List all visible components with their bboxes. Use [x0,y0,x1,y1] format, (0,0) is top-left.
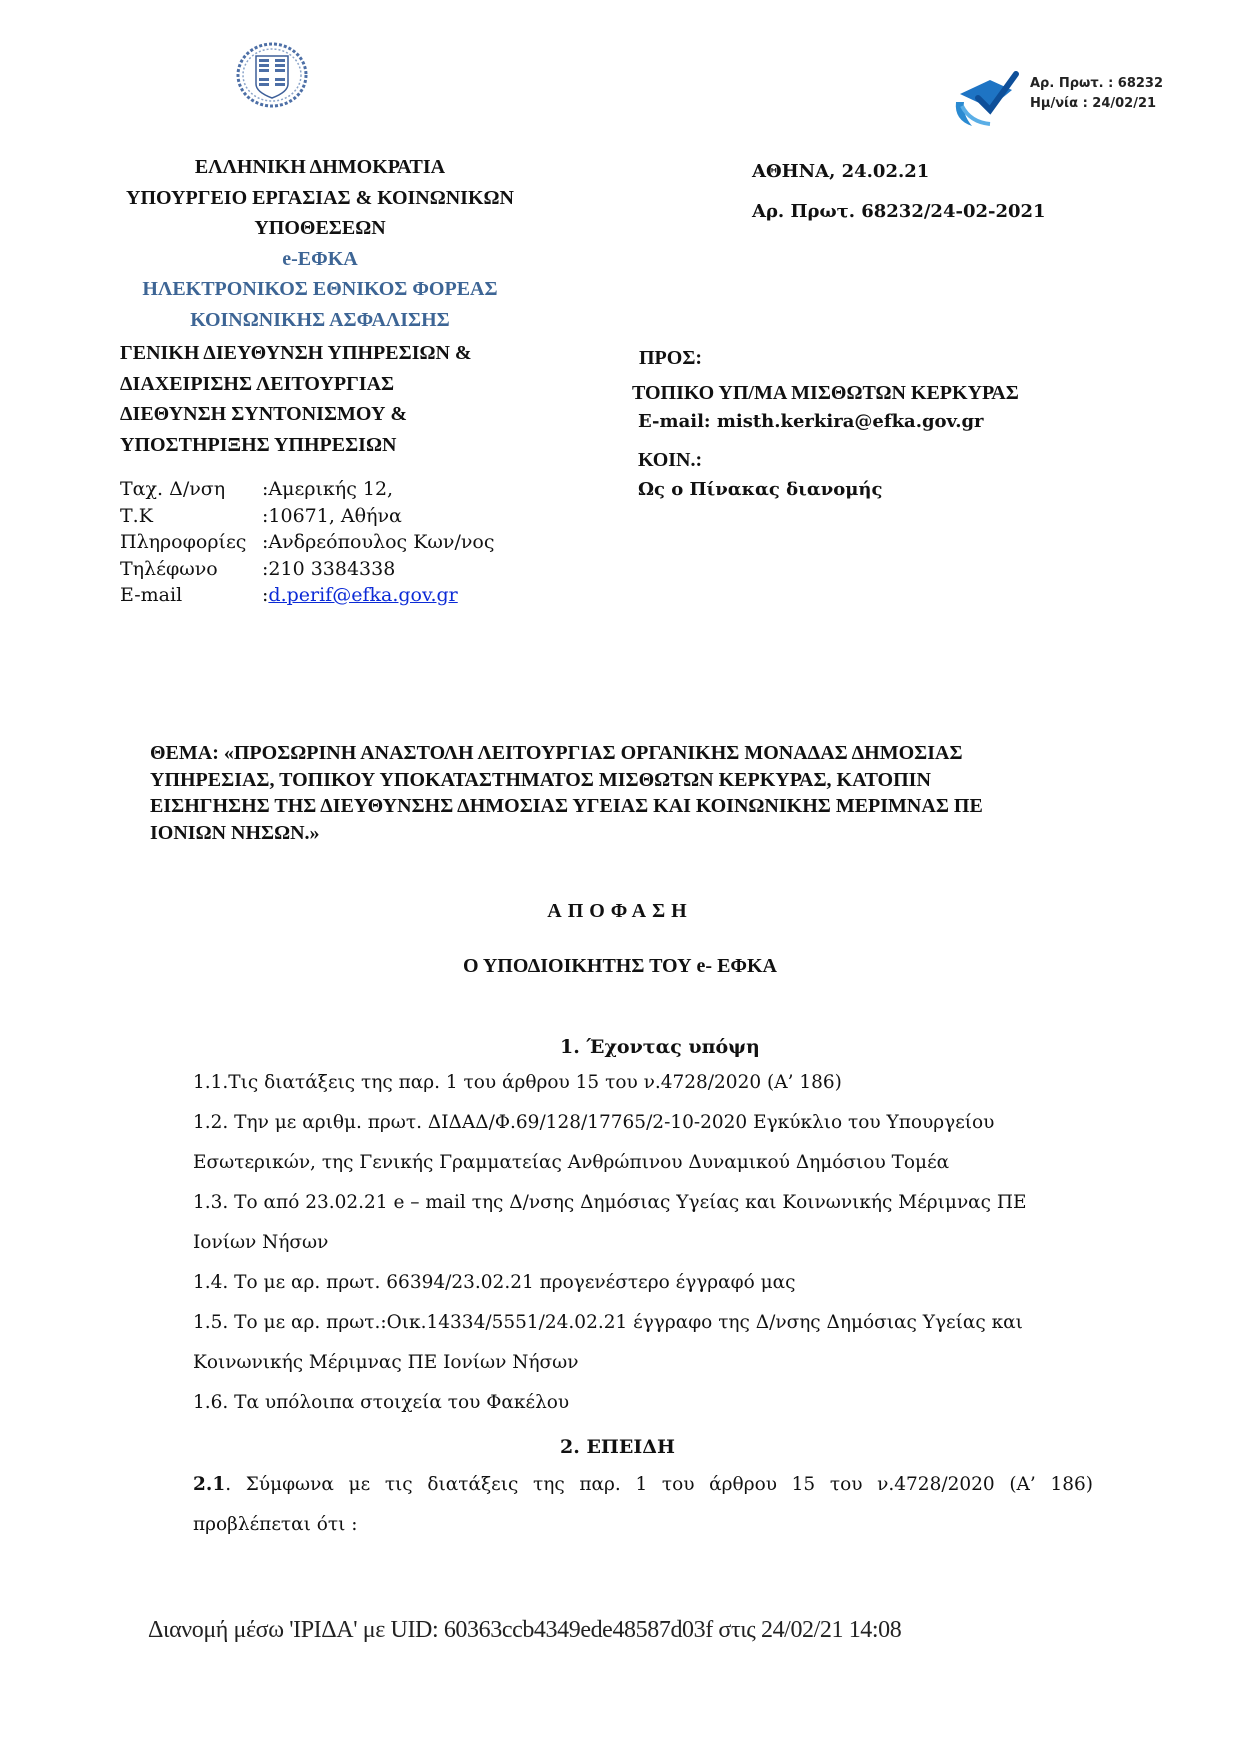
decision-title: ΑΠΟΦΑΣΗ [0,900,1240,923]
section-1-line: 1.1.Τις διατάξεις της παρ. 1 του άρθρου … [193,1072,842,1093]
section-1-title: 1. Έχοντας υπόψη [560,1036,760,1058]
subject-line: ΥΠΗΡΕΣΙΑΣ, ΤΟΠΙΚΟΥ ΥΠΟΚΑΤΑΣΤΗΜΑΤΟΣ ΜΙΣΘΩ… [150,767,1050,794]
department-block: ΓΕΝΙΚΗ ΔΙΕΥΘΥΝΣΗ ΥΠΗΡΕΣΙΩΝ & ΔΙΑΧΕΙΡΙΣΗΣ… [120,338,540,460]
contact-value: :10671, Αθήνα [262,503,402,530]
org-line: ΗΛΕΚΤΡΟΝΙΚΟΣ ΕΘΝΙΚΟΣ ΦΟΡΕΑΣ [110,274,530,305]
subject: ΘΕΜΑ: «ΠΡΟΣΩΡΙΝΗ ΑΝΑΣΤΟΛΗ ΛΕΙΤΟΥΡΓΙΑΣ ΟΡ… [150,740,1050,846]
contact-value: :210 3384338 [262,556,395,583]
iris-logo-icon [950,66,1020,130]
department-line: ΔΙΕΘΥΝΣΗ ΣΥΝΤΟΝΙΣΜΟΥ & [120,399,540,430]
stamp-date: Ημ/νία : 24/02/21 [1030,94,1163,114]
to-label: ΠΡΟΣ: [639,343,1019,373]
greek-state-emblem-icon [234,40,310,110]
contact-label: Τ.Κ [120,503,262,530]
stamp-protocol-number: Αρ. Πρωτ. : 68232 [1030,74,1163,94]
contact-label: Ταχ. Δ/νση [120,476,262,503]
org-line: e-ΕΦΚΑ [110,244,530,275]
org-line: ΚΟΙΝΩΝΙΚΗΣ ΑΣΦΑΛΙΣΗΣ [110,305,530,336]
contact-label: Τηλέφωνο [120,556,262,583]
authority-line: ΥΠΟΘΕΣΕΩΝ [110,213,530,244]
contact-row-email: E-mail :d.perif@efka.gov.gr [120,582,494,609]
section-2-title: 2. ΕΠΕΙΔΗ [560,1436,675,1458]
protocol-number: Αρ. Πρωτ. 68232/24-02-2021 [752,192,1046,232]
subject-line: ΕΙΣΗΓΗΣΗΣ ΤΗΣ ΔΙΕΥΘΥΝΣΗΣ ΔΗΜΟΣΙΑΣ ΥΓΕΙΑΣ… [150,793,1050,820]
contact-label: Πληροφορίες [120,529,262,556]
recipient-block: ΠΡΟΣ: ΤΟΠΙΚΟ ΥΠ/ΜΑ ΜΙΣΘΩΤΩΝ ΚΕΡΚΥΡΑΣ E-m… [632,343,1019,505]
paragraph-number: 2.1 [193,1474,225,1495]
section-1-line: Κοινωνικής Μέριμνας ΠΕ Ιονίων Νήσων [193,1352,579,1373]
cc-label: ΚΟΙΝ.: [638,445,1019,475]
contact-label: E-mail [120,582,262,609]
department-line: ΔΙΑΧΕΙΡΙΣΗΣ ΛΕΙΤΟΥΡΓΙΑΣ [120,369,540,400]
section-1-line: 1.2. Την με αριθμ. πρωτ. ΔΙΔΑΔ/Φ.69/128/… [193,1112,994,1133]
section-2-paragraph: 2.1. Σύμφωνα με τις διατάξεις της παρ. 1… [193,1474,1093,1495]
issuing-authority: ΕΛΛΗΝΙΚΗ ΔΗΜΟΚΡΑΤΙΑ ΥΠΟΥΡΓΕΙΟ ΕΡΓΑΣΙΑΣ &… [110,152,530,335]
contact-details: Ταχ. Δ/νση :Αμερικής 12, Τ.Κ :10671, Αθή… [120,476,494,609]
protocol-stamp: Αρ. Πρωτ. : 68232 Ημ/νία : 24/02/21 [950,66,1180,130]
contact-row-info: Πληροφορίες :Ανδρεόπουλος Κων/νος [120,529,494,556]
section-2-line: προβλέπεται ότι : [193,1514,358,1535]
subject-line: ΙΟΝΙΩΝ ΝΗΣΩΝ.» [150,820,1050,847]
paragraph-text: . Σύμφωνα με τις διατάξεις της παρ. 1 το… [225,1474,1093,1495]
section-1-line: Εσωτερικών, της Γενικής Γραμματείας Ανθρ… [193,1152,949,1173]
department-line: ΓΕΝΙΚΗ ΔΙΕΥΘΥΝΣΗ ΥΠΗΡΕΣΙΩΝ & [120,338,540,369]
section-1-line: Ιονίων Νήσων [193,1232,328,1253]
authority-line: ΕΛΛΗΝΙΚΗ ΔΗΜΟΚΡΑΤΙΑ [110,152,530,183]
contact-email-link[interactable]: d.perif@efka.gov.gr [268,582,457,609]
place-date: ΑΘΗΝΑ, 24.02.21 [752,152,1046,192]
section-1-line: 1.6. Τα υπόλοιπα στοιχεία του Φακέλου [193,1392,569,1413]
section-1-line: 1.4. Το με αρ. πρωτ. 66394/23.02.21 προγ… [193,1272,796,1293]
contact-row-address: Ταχ. Δ/νση :Αμερικής 12, [120,476,494,503]
contact-value: :Ανδρεόπουλος Κων/νος [262,529,494,556]
date-protocol-block: ΑΘΗΝΑ, 24.02.21 Αρ. Πρωτ. 68232/24-02-20… [752,152,1046,232]
contact-row-phone: Τηλέφωνο :210 3384338 [120,556,494,583]
subject-line: ΘΕΜΑ: «ΠΡΟΣΩΡΙΝΗ ΑΝΑΣΤΟΛΗ ΛΕΙΤΟΥΡΓΙΑΣ ΟΡ… [150,740,1050,767]
to-email: E-mail: misth.kerkira@efka.gov.gr [638,407,1019,437]
section-1-line: 1.3. Το από 23.02.21 e – mail της Δ/νσης… [193,1192,1027,1213]
to-name: ΤΟΠΙΚΟ ΥΠ/ΜΑ ΜΙΣΘΩΤΩΝ ΚΕΡΚΥΡΑΣ [632,379,1019,407]
decision-issuer: Ο ΥΠΟΔΙΟΙΚΗΤΗΣ ΤΟΥ e- ΕΦΚΑ [0,955,1240,978]
authority-line: ΥΠΟΥΡΓΕΙΟ ΕΡΓΑΣΙΑΣ & ΚΟΙΝΩΝΙΚΩΝ [110,183,530,214]
cc-value: Ως ο Πίνακας διανομής [638,475,1019,505]
distribution-footer: Διανομή μέσω 'ΙΡΙΔΑ' με UID: 60363ccb434… [148,1617,901,1644]
section-1-line: 1.5. Το με αρ. πρωτ.:Οικ.14334/5551/24.0… [193,1312,1023,1333]
contact-value: :Αμερικής 12, [262,476,393,503]
contact-row-postcode: Τ.Κ :10671, Αθήνα [120,503,494,530]
department-line: ΥΠΟΣΤΗΡΙΞΗΣ ΥΠΗΡΕΣΙΩΝ [120,430,540,461]
